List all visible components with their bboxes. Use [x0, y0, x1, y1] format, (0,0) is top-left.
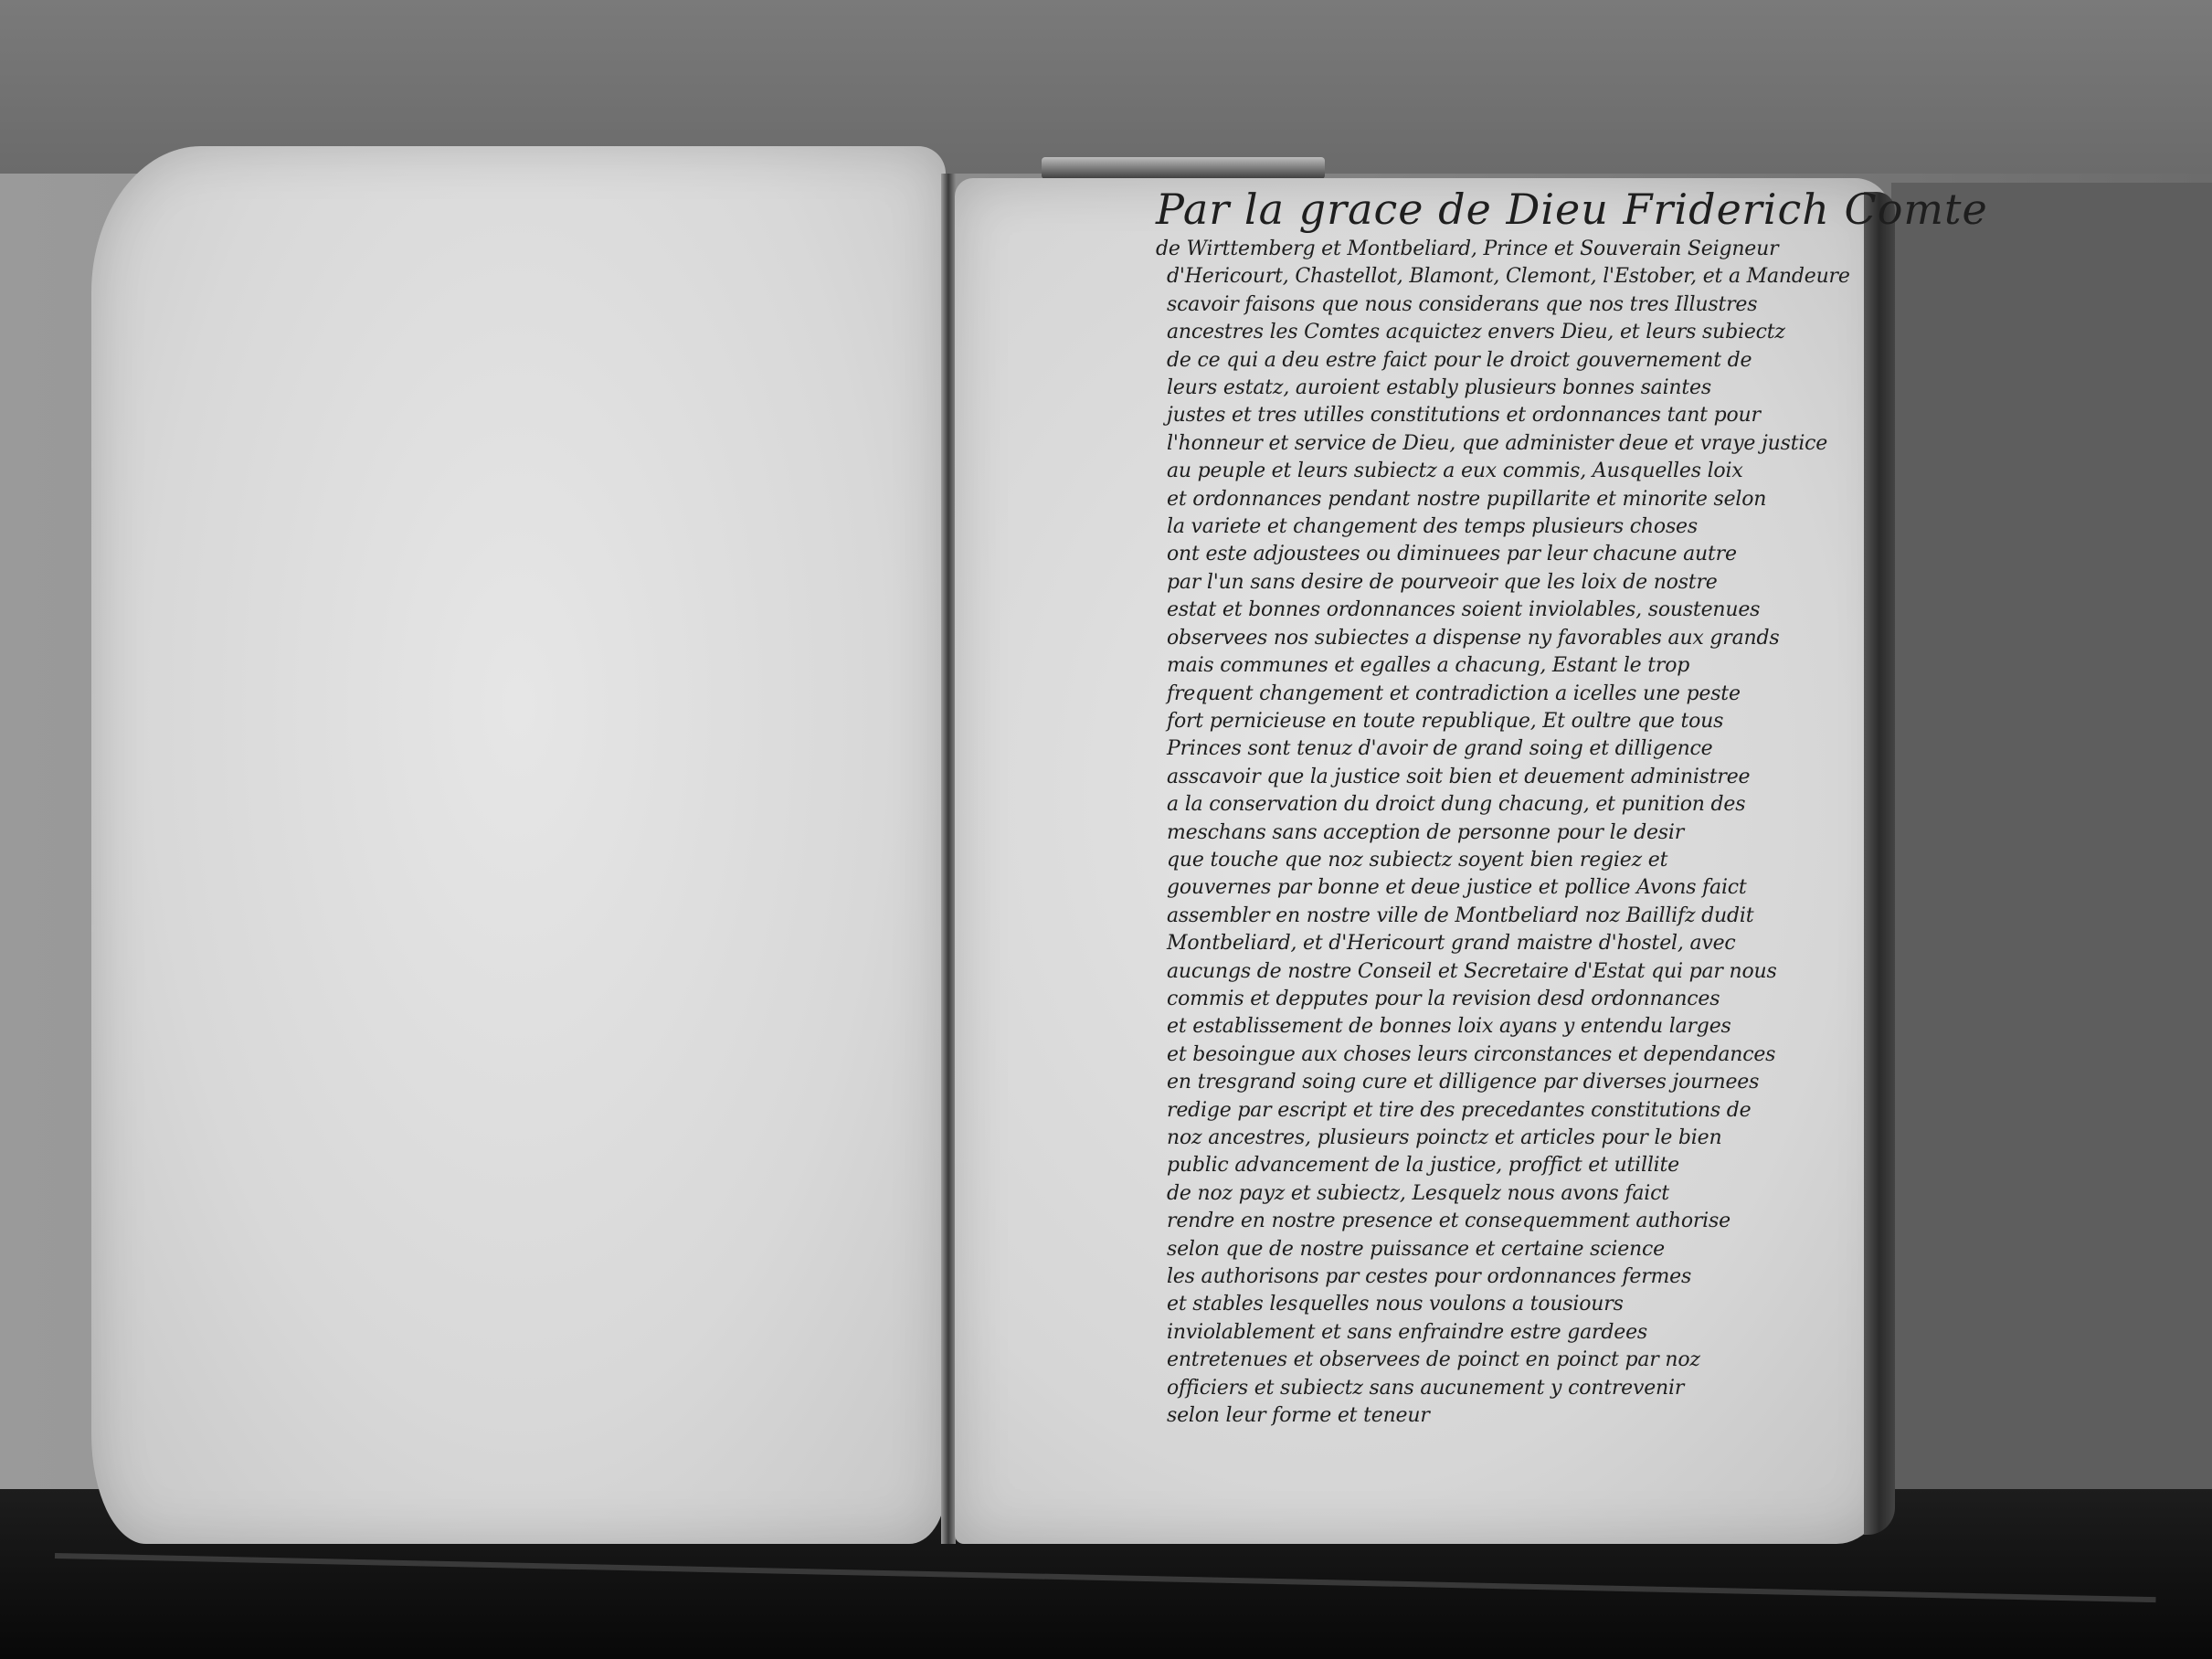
manuscript-line: selon leur forme et teneur — [1156, 1402, 1878, 1430]
manuscript-line: noz ancestres, plusieurs poinctz et arti… — [1156, 1125, 1878, 1152]
manuscript-line: redige par escript et tire des precedant… — [1156, 1097, 1878, 1125]
manuscript-line: en tresgrand soing cure et dilligence pa… — [1156, 1069, 1878, 1096]
manuscript-line: scavoir faisons que nous considerans que… — [1156, 291, 1878, 319]
manuscript-line: de Wirttemberg et Montbeliard, Prince et… — [1156, 236, 1878, 263]
manuscript-line: Princes sont tenuz d'avoir de grand soin… — [1156, 735, 1878, 763]
manuscript-line: ancestres les Comtes acquictez envers Di… — [1156, 319, 1878, 346]
manuscript-line: et stables lesquelles nous voulons a tou… — [1156, 1291, 1878, 1318]
manuscript-line: officiers et subiectz sans aucunement y … — [1156, 1375, 1878, 1402]
manuscript-line: aucungs de nostre Conseil et Secretaire … — [1156, 958, 1878, 986]
manuscript-line: et besoingue aux choses leurs circonstan… — [1156, 1041, 1878, 1069]
manuscript-line: frequent changement et contradiction a i… — [1156, 681, 1878, 708]
manuscript-line: au peuple et leurs subiectz a eux commis… — [1156, 458, 1878, 485]
manuscript-line: les authorisons par cestes pour ordonnan… — [1156, 1263, 1878, 1291]
manuscript-line: de noz payz et subiectz, Lesquelz nous a… — [1156, 1180, 1878, 1208]
manuscript-line: asscavoir que la justice soit bien et de… — [1156, 764, 1878, 791]
manuscript-line: leurs estatz, auroient estably plusieurs… — [1156, 375, 1878, 402]
manuscript-line: meschans sans acception de personne pour… — [1156, 819, 1878, 847]
manuscript-heading: Par la grace de Dieu Friderich Comte — [1156, 183, 1878, 236]
manuscript-line: commis et depputes pour la revision desd… — [1156, 986, 1878, 1013]
manuscript-line: ont este adjoustees ou diminuees par leu… — [1156, 541, 1878, 568]
manuscript-line: par l'un sans desire de pourveoir que le… — [1156, 569, 1878, 597]
manuscript-line: gouvernes par bonne et deue justice et p… — [1156, 874, 1878, 902]
manuscript-line: selon que de nostre puissance et certain… — [1156, 1236, 1878, 1263]
manuscript-line: que touche que noz subiectz soyent bien … — [1156, 847, 1878, 874]
manuscript-line: l'honneur et service de Dieu, que admini… — [1156, 430, 1878, 458]
manuscript-line: Montbeliard, et d'Hericourt grand maistr… — [1156, 930, 1878, 957]
manuscript-line: assembler en nostre ville de Montbeliard… — [1156, 903, 1878, 930]
manuscript-line: a la conservation du droict dung chacung… — [1156, 791, 1878, 819]
left-page-blank — [91, 146, 946, 1544]
manuscript-line: d'Hericourt, Chastellot, Blamont, Clemon… — [1156, 263, 1878, 291]
manuscript-line: et ordonnances pendant nostre pupillarit… — [1156, 486, 1878, 513]
manuscript-line: la variete et changement des temps plusi… — [1156, 513, 1878, 541]
manuscript-text: Par la grace de Dieu Friderich Comte de … — [1156, 183, 1878, 1430]
binding-flap — [1042, 157, 1325, 179]
manuscript-line: justes et tres utilles constitutions et … — [1156, 402, 1878, 429]
manuscript-line: et establissement de bonnes loix ayans y… — [1156, 1013, 1878, 1041]
manuscript-line: fort pernicieuse en toute republique, Et… — [1156, 708, 1878, 735]
manuscript-line: entretenues et observees de poinct en po… — [1156, 1347, 1878, 1374]
manuscript-line: mais communes et egalles a chacung, Esta… — [1156, 652, 1878, 680]
manuscript-line: estat et bonnes ordonnances soient invio… — [1156, 597, 1878, 624]
backdrop-right — [1891, 183, 2212, 1535]
manuscript-line: de ce qui a deu estre faict pour le droi… — [1156, 347, 1878, 375]
manuscript-line: inviolablement et sans enfraindre estre … — [1156, 1319, 1878, 1347]
manuscript-line: public advancement de la justice, proffi… — [1156, 1152, 1878, 1179]
manuscript-line: rendre en nostre presence et consequemme… — [1156, 1208, 1878, 1235]
manuscript-line: observees nos subiectes a dispense ny fa… — [1156, 625, 1878, 652]
book-gutter — [941, 174, 956, 1544]
manuscript-lines: de Wirttemberg et Montbeliard, Prince et… — [1156, 236, 1878, 1430]
